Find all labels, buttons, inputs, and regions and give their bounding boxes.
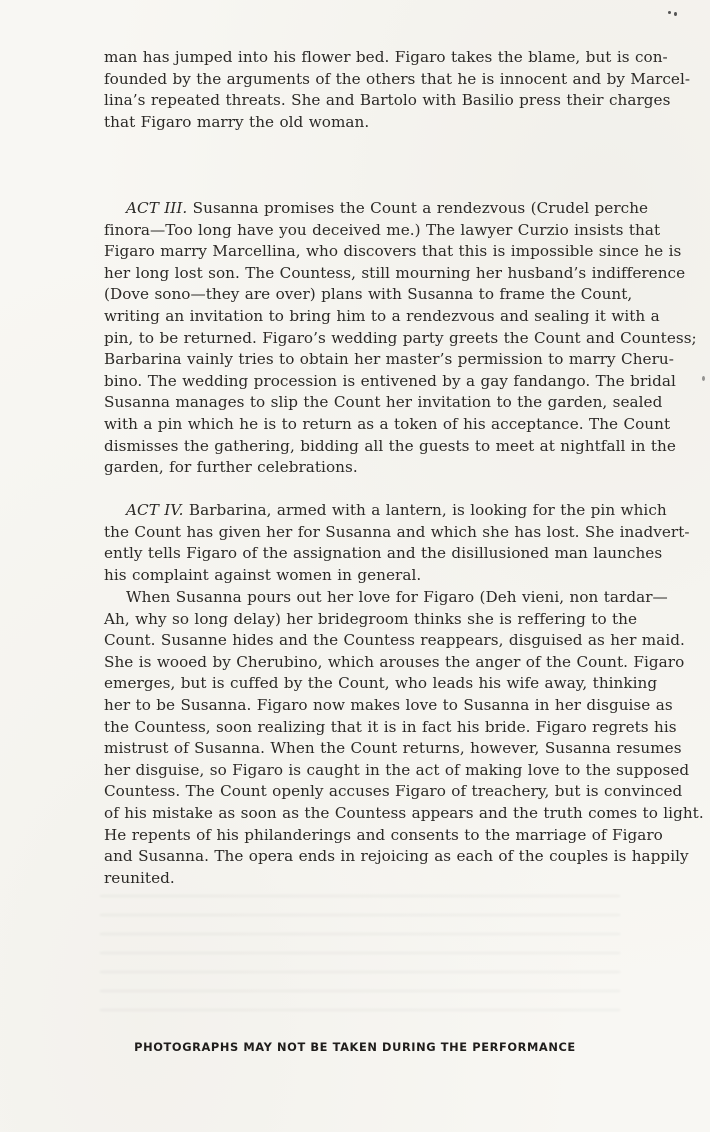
text-line: reunited. xyxy=(104,868,620,890)
text-line: She is wooed by Cherubino, which arouses… xyxy=(104,652,620,674)
text-line: Barbarina vainly tries to obtain her mas… xyxy=(104,349,620,371)
text-line: her to be Susanna. Figaro now makes love… xyxy=(104,695,620,717)
text-line: Figaro marry Marcellina, who discovers t… xyxy=(104,241,620,263)
act-label: ACT III. xyxy=(126,199,187,217)
text-line: the Countess, soon realizing that it is … xyxy=(104,717,620,739)
text-line: bino. The wedding procession is entivene… xyxy=(104,371,620,393)
text-line: He repents of his philanderings and cons… xyxy=(104,825,620,847)
text-line: Ah, why so long delay) her bridegroom th… xyxy=(104,609,620,631)
text-line: her disguise, so Figaro is caught in the… xyxy=(104,760,620,782)
text-line: ACT IV. Barbarina, armed with a lantern,… xyxy=(104,500,620,522)
text-line: his complaint against women in general. xyxy=(104,565,620,587)
text-line: writing an invitation to bring him to a … xyxy=(104,306,620,328)
text-line: ently tells Figaro of the assignation an… xyxy=(104,543,620,565)
text-line: When Susanna pours out her love for Figa… xyxy=(104,587,620,609)
ink-speck xyxy=(674,12,677,16)
text-line: Susanna manages to slip the Count her in… xyxy=(104,392,620,414)
text-line: of his mistake as soon as the Countess a… xyxy=(104,803,620,825)
text-line: emerges, but is cuffed by the Count, who… xyxy=(104,673,620,695)
text-line: the Count has given her for Susanna and … xyxy=(104,522,620,544)
paragraph-act3: ACT III. Susanna promises the Count a re… xyxy=(104,198,620,479)
text-line: lina’s repeated threats. She and Bartolo… xyxy=(104,90,620,112)
text-line: ACT III. Susanna promises the Count a re… xyxy=(104,198,620,220)
text-line: finora—Too long have you deceived me.) T… xyxy=(104,220,620,242)
text-line: Countess. The Count openly accuses Figar… xyxy=(104,781,620,803)
text-line: man has jumped into his flower bed. Figa… xyxy=(104,47,620,69)
paragraph-act4-continued: When Susanna pours out her love for Figa… xyxy=(104,587,620,889)
text-line: dismisses the gathering, bidding all the… xyxy=(104,436,620,458)
ink-speck xyxy=(702,376,705,381)
text-line: that Figaro marry the old woman. xyxy=(104,112,620,134)
paragraph-act2-conclusion: man has jumped into his flower bed. Figa… xyxy=(104,47,620,133)
act-label: ACT IV. xyxy=(126,501,184,519)
text-line: with a pin which he is to return as a to… xyxy=(104,414,620,436)
text-line: her long lost son. The Countess, still m… xyxy=(104,263,620,285)
photography-notice: PHOTOGRAPHS MAY NOT BE TAKEN DURING THE … xyxy=(0,1040,710,1054)
text-line: Count. Susanne hides and the Countess re… xyxy=(104,630,620,652)
text-line: and Susanna. The opera ends in rejoicing… xyxy=(104,846,620,868)
text-line: founded by the arguments of the others t… xyxy=(104,69,620,91)
text-line: pin, to be returned. Figaro’s wedding pa… xyxy=(104,328,620,350)
text-line: garden, for further celebrations. xyxy=(104,457,620,479)
text-line: (Dove sono—they are over) plans with Sus… xyxy=(104,284,620,306)
text-line: mistrust of Susanna. When the Count retu… xyxy=(104,738,620,760)
paragraph-act4: ACT IV. Barbarina, armed with a lantern,… xyxy=(104,500,620,586)
scanned-page: man has jumped into his flower bed. Figa… xyxy=(0,0,710,1132)
ink-speck xyxy=(668,11,671,14)
show-through-text xyxy=(100,895,620,1015)
